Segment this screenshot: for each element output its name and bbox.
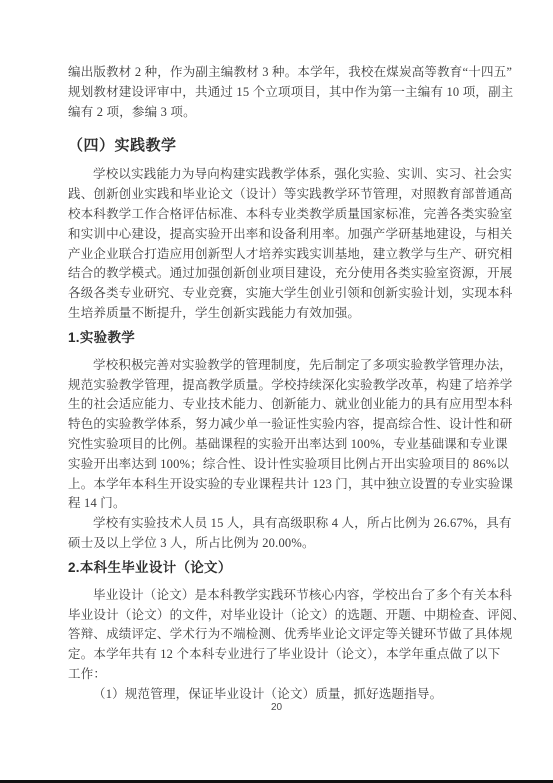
- heading-section: （四）实践教学: [68, 135, 487, 157]
- paragraph-line: 生培养质量不断提升，学生创新实践能力有效加强。: [68, 304, 487, 324]
- paragraph-line: 学校有实验技术人员 15 人，具有高级职称 4 人，所占比例为 26.67%，具…: [68, 514, 487, 534]
- paragraph-line: 规划教材建设评审中，共通过 15 个立项项目，其中作为第一主编有 10 项，副主: [68, 83, 487, 103]
- paragraph-line: 结合的教学模式。通过加强创新创业项目建设，充分使用各类实验室资源，开展: [68, 264, 487, 284]
- paragraph-line: 上。本学年本科生开设实验的专业课程共计 123 门，其中独立设置的专业实验课: [68, 475, 487, 495]
- page-number: 20: [0, 702, 553, 713]
- paragraph: 学校积极完善对实验教学的管理制度，先后制定了多项实验教学管理办法，规范实验教学管…: [68, 356, 487, 514]
- paragraph-line: 产业企业联合打造应用创新型人才培养实践实训基地，建立教学与生产、研究相: [68, 245, 487, 265]
- heading-sub: 1.实验教学: [68, 328, 487, 348]
- paragraph-line: 生的社会适应能力、专业技术能力、创新能力、就业创业能力的具有应用型本科: [68, 395, 487, 415]
- paragraph: 学校以实践能力为导向构建实践教学体系，强化实验、实训、实习、社会实践、创新创业实…: [68, 165, 487, 323]
- document-blocks: 编出版教材 2 种，作为副主编教材 3 种。本学年，我校在煤炭高等教育“十四五”…: [68, 63, 487, 705]
- paragraph-line: 学校以实践能力为导向构建实践教学体系，强化实验、实训、实习、社会实: [68, 165, 487, 185]
- paragraph: 编出版教材 2 种，作为副主编教材 3 种。本学年，我校在煤炭高等教育“十四五”…: [68, 63, 487, 122]
- paragraph-line: 各级各类专业研究、专业竞赛，实施大学生创业引领和创新实验计划，实现本科: [68, 284, 487, 304]
- paragraph-line: 究性实验项目的比例。基础课程的实验开出率达到 100%，专业基础课和专业课: [68, 435, 487, 455]
- paragraph-line: 规范实验教学管理，提高教学质量。学校持续深化实验教学改革，构建了培养学: [68, 376, 487, 396]
- paragraph-line: 工作：: [68, 665, 487, 685]
- paragraph-line: 程 14 门。: [68, 494, 487, 514]
- paragraph-line: 毕业设计（论文）的文件，对毕业设计（论文）的选题、开题、中期检查、评阅、: [68, 606, 487, 626]
- paragraph-line: 编出版教材 2 种，作为副主编教材 3 种。本学年，我校在煤炭高等教育“十四五”: [68, 63, 487, 83]
- paragraph-line: 践、创新创业实践和毕业论文（设计）等实践教学环节管理，对照教育部普通高: [68, 185, 487, 205]
- paragraph-line: 编有 2 项，参编 3 项。: [68, 103, 487, 123]
- document-page: 编出版教材 2 种，作为副主编教材 3 种。本学年，我校在煤炭高等教育“十四五”…: [0, 0, 553, 783]
- paragraph-line: 校本科教学工作合格评估标准、本科专业类教学质量国家标准，完善各类实验室: [68, 205, 487, 225]
- paragraph-line: 和实训中心建设，提高实验开出率和设备利用率。加强产学研基地建设，与相关: [68, 225, 487, 245]
- paragraph-line: 学校积极完善对实验教学的管理制度，先后制定了多项实验教学管理办法，: [68, 356, 487, 376]
- heading-sub: 2.本科生毕业设计（论文）: [68, 558, 487, 578]
- paragraph: 毕业设计（论文）是本科教学实践环节核心内容，学校出台了多个有关本科毕业设计（论文…: [68, 586, 487, 685]
- paragraph-line: 定。本学年共有 12 个本科专业进行了毕业设计（论文），本学年重点做了以下: [68, 645, 487, 665]
- paragraph-line: 硕士及以上学位 3 人，所占比例为 20.00%。: [68, 534, 487, 554]
- paragraph-line: 答辩、成绩评定、学术行为不端检测、优秀毕业论文评定等关键环节做了具体规: [68, 625, 487, 645]
- paragraph-line: 毕业设计（论文）是本科教学实践环节核心内容，学校出台了多个有关本科: [68, 586, 487, 606]
- paragraph-line: 实验开出率达到 100%；综合性、设计性实验项目比例占开出实验项目的 86%以: [68, 455, 487, 475]
- paragraph: 学校有实验技术人员 15 人，具有高级职称 4 人，所占比例为 26.67%，具…: [68, 514, 487, 554]
- paragraph-line: 特色的实验教学体系，努力减少单一验证性实验内容，提高综合性、设计性和研: [68, 415, 487, 435]
